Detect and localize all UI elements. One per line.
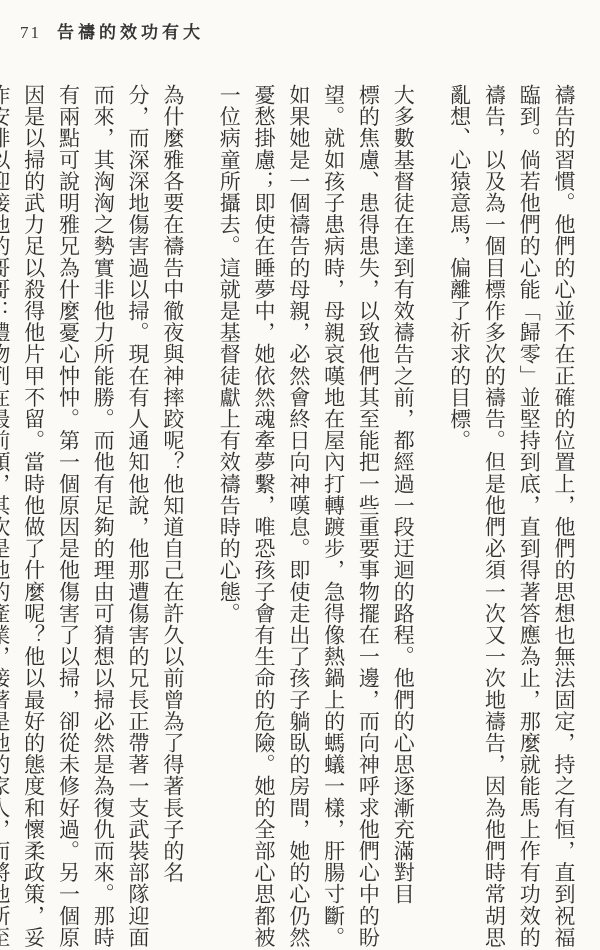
body-text: 禱告的習慣。他們的心並不在正確的位置上，他們的思想也無法固定，持之有恒，直到祝福… [0, 84, 581, 948]
text-column: 因是以掃的武力足以殺得他片甲不留。當時他做了什麼呢？他以最好的態度和懷柔政策，妥 [16, 84, 51, 948]
text-column: 作安排以迎接他的哥哥：禮物列在最前頭，其次是他的產業，接著是他的家人，而將他所至 [0, 84, 16, 948]
running-title: 告禱的效功有大 [57, 18, 204, 43]
text-column: 亂想、心猿意馬，偏離了祈求的目標。 [442, 84, 477, 948]
text-column: 標的焦慮、患得患失，以致他們其至能把一些重要事物擺在一邊，而向神呼求他們心中的盼 [351, 84, 386, 948]
text-column: 臨到。倘若他們的心能「歸零」並堅持到底，直到得著答應為止，那麼就能馬上作有功效的 [511, 84, 546, 948]
text-column: 憂愁掛慮；即使在睡夢中，她依然魂牽夢繫，唯恐孩子會有生命的危險。她的全部心思都被 [246, 84, 281, 948]
text-column: 禱告，以及為一個目標作多次的禱告。但是他們必須一次又一次地禱告，因為他們時常胡思 [477, 84, 512, 948]
page-header: 71 告禱的效功有大 [20, 18, 204, 43]
text-column: 一位病童所攝去。這就是基督徒獻上有效禱告時的心態。 [211, 84, 246, 948]
text-column: 而來，其洶洶之勢實非他力所能勝。而他有足夠的理由可猜想以掃必然是為復仇而來。那時 [85, 84, 120, 948]
book-page: 71 告禱的效功有大 禱告的習慣。他們的心並不在正確的位置上，他們的思想也無法固… [0, 0, 600, 950]
text-column: 望。就如孩子患病時，母親哀嘆地在屋內打轉踱步，急得像熱鍋上的螞蟻一樣，肝腸寸斷。 [316, 84, 351, 948]
text-column: 如果她是一個禱告的母親，必然會終日向神嘆息。即使走出了孩子躺臥的房間，她的心仍然 [281, 84, 316, 948]
page-number: 71 [20, 23, 41, 43]
text-column: 分，而深深地傷害過以掃。現在有人通知他說，他那遭傷害的兄長正帶著一支武裝部隊迎面 [120, 84, 155, 948]
text-column: 有兩點可說明雅兄為什麼憂心忡忡。第一個原因是他傷害了以掃，卻從未修好過。另一個原 [51, 84, 86, 948]
text-column: 禱告的習慣。他們的心並不在正確的位置上，他們的思想也無法固定，持之有恒，直到祝福 [546, 84, 581, 948]
text-column-paragraph-start: 大多數基督徒在達到有效禱告之前，都經過一段迂迴的路程。他們的心思逐漸充滿對目 [385, 84, 441, 948]
text-column-paragraph-start: 為什麼雅各要在禱告中徹夜與神摔跤呢？他知道自己在許久以前曾為了得著長子的名 [155, 84, 211, 948]
